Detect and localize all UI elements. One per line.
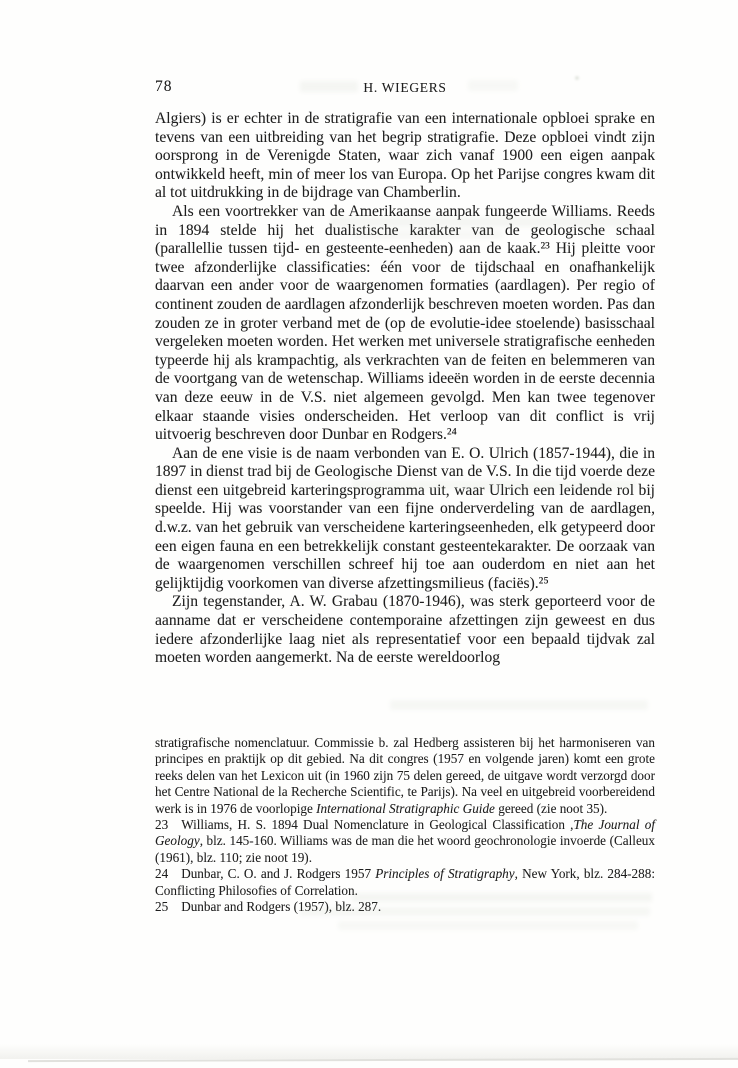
footnote-continuation: stratigrafische nomenclatuur. Commissie … (155, 735, 655, 817)
scan-bleed-artifact (300, 81, 358, 92)
scan-bleed-artifact (352, 230, 502, 239)
scan-bleed-artifact (390, 700, 648, 710)
paragraph-2: Als een voortrekker van de Amerikaanse a… (155, 203, 655, 445)
paragraph-3: Aan de ene visie is de naam verbonden va… (155, 445, 655, 594)
footnote-italic-title: International Stratigraphic Guide (316, 801, 495, 816)
footnote-number: 23 (155, 817, 181, 832)
footnote-number: 25 (155, 899, 181, 914)
paragraph-1: Algiers) is er echter in de stratigrafie… (155, 110, 655, 203)
footnote-section: stratigrafische nomenclatuur. Commissie … (155, 735, 655, 915)
footnote-number: 24 (155, 866, 181, 881)
footnote-italic-title: Principles of Stratigraphy (375, 866, 514, 881)
scan-bleed-artifact (352, 480, 637, 490)
scan-speck (575, 76, 579, 80)
scan-bleed-artifact (338, 921, 638, 930)
body-text: Algiers) is er echter in de stratigrafie… (155, 110, 655, 668)
scan-bleed-artifact (468, 80, 518, 91)
footnote-text: , blz. 145-160. Williams was de man die … (155, 833, 655, 864)
scan-bleed-artifact (352, 893, 652, 902)
paragraph-4: Zijn tegenstander, A. W. Grabau (1870-19… (155, 593, 655, 667)
scan-bleed-artifact (330, 217, 635, 227)
scan-bleed-artifact (300, 907, 650, 916)
page-edge-shadow (0, 1044, 738, 1059)
footnote-text: Williams, H. S. 1894 Dual Nomenclature i… (181, 817, 573, 832)
book-page: 78 H. WIEGERS Algiers) is er echter in d… (0, 0, 738, 1068)
footnote-text: Dunbar, C. O. and J. Rodgers 1957 (181, 866, 375, 881)
running-header: H. WIEGERS (155, 80, 655, 96)
footnote-text: gereed (zie noot 35). (495, 801, 607, 816)
footnote-item-23: 23Williams, H. S. 1894 Dual Nomenclature… (155, 817, 655, 866)
page-header: 78 H. WIEGERS (155, 78, 655, 96)
